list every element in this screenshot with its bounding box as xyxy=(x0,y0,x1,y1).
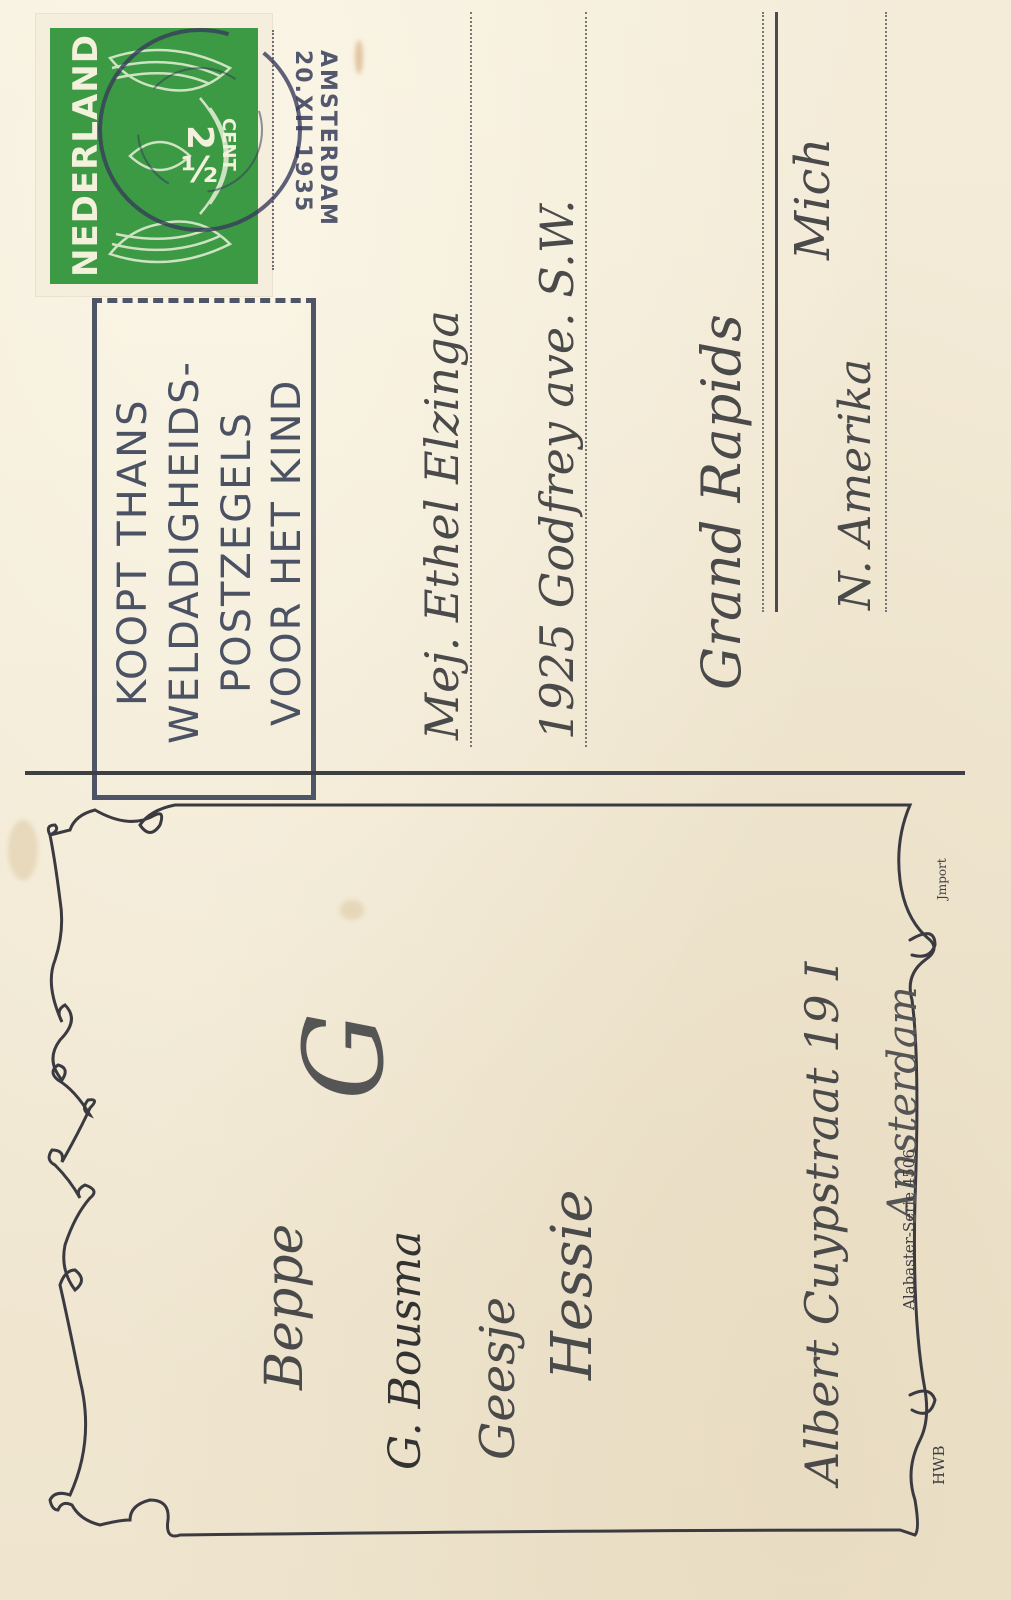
postcard-back: NEDERLAND 2½ CENT AMSTERDAM 20.XII 1935 … xyxy=(0,0,1011,1600)
message-line: Hessie xyxy=(540,1080,605,1380)
message-line: G. Bousma xyxy=(380,1110,431,1470)
import-mark: Jmport xyxy=(935,830,949,900)
sender-address-street: Albert Cuypstraat 19 I xyxy=(795,835,849,1485)
series-mark: Alabaster-Serie 4506 xyxy=(900,1060,918,1310)
message-line: Beppe xyxy=(255,1170,315,1390)
publisher-mark: HWB xyxy=(930,1435,948,1485)
message-line: Geesje xyxy=(470,1230,526,1460)
message-initial: G xyxy=(280,880,408,1100)
